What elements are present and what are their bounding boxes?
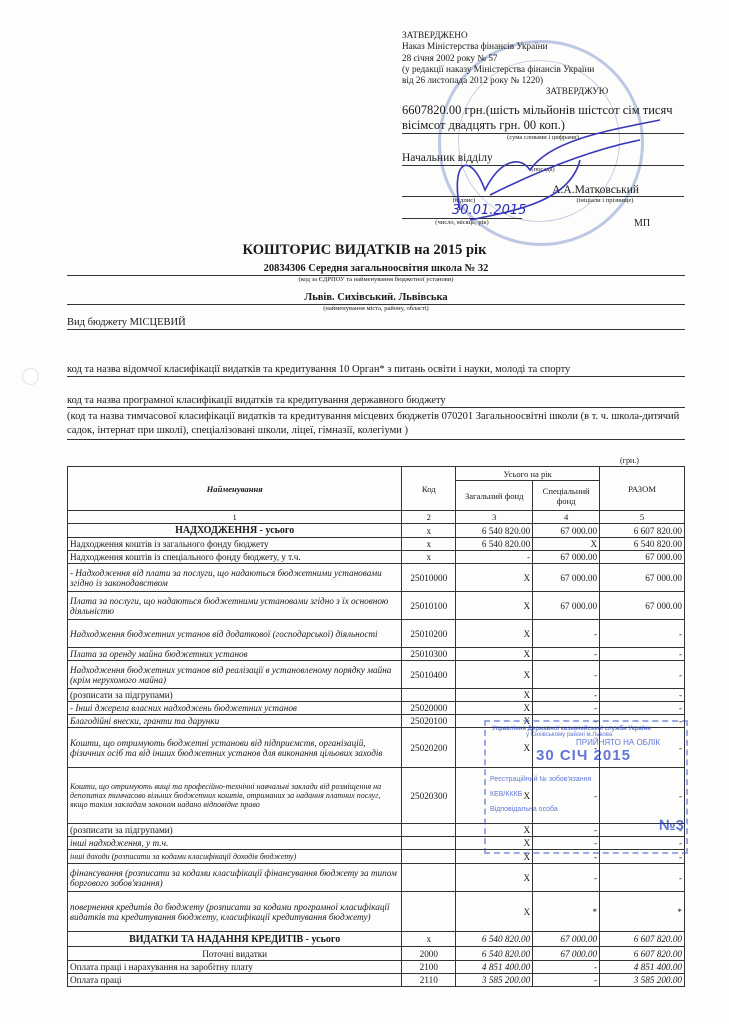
row-special-fund: 67 000.00 bbox=[533, 932, 600, 947]
table-row: Надходження коштів із спеціального фонду… bbox=[68, 551, 685, 564]
row-name: Поточні видатки bbox=[68, 947, 402, 961]
row-name: Надходження коштів із загального фонду б… bbox=[68, 538, 402, 551]
temp-classification: (код та назва тимчасової класифікації ви… bbox=[67, 410, 685, 440]
row-total: 6 607 820.00 bbox=[600, 932, 685, 947]
table-row: Поточні видатки20006 540 820.0067 000.00… bbox=[68, 947, 685, 961]
table-row: повернення кредитів до бюджету (розписат… bbox=[68, 892, 685, 932]
col-number: 1 bbox=[68, 511, 402, 524]
stamp-kevkkke: КЕВ/КККБ bbox=[486, 783, 686, 798]
row-special-fund: - bbox=[533, 864, 600, 892]
row-total: - bbox=[600, 702, 685, 715]
row-code bbox=[402, 850, 456, 864]
row-name: ВИДАТКИ ТА НАДАННЯ КРЕДИТІВ - усього bbox=[68, 932, 402, 947]
signature-icon bbox=[430, 100, 670, 230]
row-general-fund: Х bbox=[456, 648, 533, 661]
institution-caption: (код за ЄДРПОУ та найменування бюджетної… bbox=[67, 276, 685, 284]
row-name: Кошти, що отримують вищі та професійно-т… bbox=[68, 768, 402, 824]
table-row: (розписати за підгрупами)Х-- bbox=[68, 689, 685, 702]
row-special-fund: 67 000.00 bbox=[533, 947, 600, 961]
row-code: 2100 bbox=[402, 961, 456, 974]
budget-type: Вид бюджету МІСЦЕВИЙ bbox=[67, 317, 685, 330]
row-code: 2000 bbox=[402, 947, 456, 961]
row-code: 25010000 bbox=[402, 564, 456, 592]
row-name: інші доходи (розписати за кодами класифі… bbox=[68, 850, 402, 864]
row-total: 6 540 820.00 bbox=[600, 538, 685, 551]
table-row: Плата за послуги, що надаються бюджетним… bbox=[68, 592, 685, 620]
institution: 20834306 Середня загальноосвітня школа №… bbox=[67, 263, 685, 276]
approval-line: від 26 листопада 2012 року № 1220) bbox=[402, 75, 692, 86]
location: Львів. Сихівський. Львівська bbox=[67, 292, 685, 305]
row-general-fund: 6 540 820.00 bbox=[456, 947, 533, 961]
row-general-fund: 6 540 820.00 bbox=[456, 932, 533, 947]
row-special-fund: Х bbox=[533, 538, 600, 551]
row-code: 25020100 bbox=[402, 715, 456, 728]
row-name: (розписати за підгрупами) bbox=[68, 689, 402, 702]
row-general-fund: Х bbox=[456, 661, 533, 689]
row-code bbox=[402, 689, 456, 702]
stamp-line3: ПРИЙНЯТО НА ОБЛІК bbox=[486, 738, 686, 747]
row-name: повернення кредитів до бюджету (розписат… bbox=[68, 892, 402, 932]
row-name: Оплата праці bbox=[68, 974, 402, 987]
stamp-reg-label: Реєстраційний № зобов'язання bbox=[486, 764, 686, 783]
page-title: КОШТОРИС ВИДАТКІВ на 2015 рік bbox=[0, 242, 729, 259]
row-code: 25020200 bbox=[402, 728, 456, 768]
approval-line: (у редакції наказу Міністерства фінансів… bbox=[402, 64, 692, 75]
row-general-fund: 6 540 820.00 bbox=[456, 524, 533, 538]
row-general-fund: Х bbox=[456, 689, 533, 702]
row-code bbox=[402, 824, 456, 837]
table-row: Надходження бюджетних установ від реаліз… bbox=[68, 661, 685, 689]
row-code bbox=[402, 892, 456, 932]
row-total: - bbox=[600, 620, 685, 648]
dept-classification: код та назва відомчої класифікації видат… bbox=[67, 364, 685, 377]
row-total: 67 000.00 bbox=[600, 564, 685, 592]
header-special-fund: Спеціальний фонд bbox=[533, 481, 600, 511]
row-name: (розписати за підгрупами) bbox=[68, 824, 402, 837]
approval-line: Наказ Міністерства фінансів України bbox=[402, 41, 692, 52]
currency-label: (грн.) bbox=[620, 456, 639, 465]
table-row: - Надходження від плати за послуги, що н… bbox=[68, 564, 685, 592]
table-row: Надходження коштів із загального фонду б… bbox=[68, 538, 685, 551]
stamp-number: №3 bbox=[659, 817, 684, 834]
row-code: 25010100 bbox=[402, 592, 456, 620]
program-classification: код та назва програмної класифікації вид… bbox=[67, 395, 685, 408]
approval-line: 28 січня 2002 року № 57 bbox=[402, 53, 692, 64]
row-name: Надходження бюджетних установ від додатк… bbox=[68, 620, 402, 648]
header-total: РАЗОМ bbox=[600, 467, 685, 511]
row-name: Плата за оренду майна бюджетних установ bbox=[68, 648, 402, 661]
stamp-responsible: Відповідальна особа bbox=[486, 798, 686, 813]
row-name: НАДХОДЖЕННЯ - усього bbox=[68, 524, 402, 538]
row-general-fund: Х bbox=[456, 592, 533, 620]
row-total: 6 607 820.00 bbox=[600, 524, 685, 538]
row-total: - bbox=[600, 648, 685, 661]
row-general-fund: Х bbox=[456, 564, 533, 592]
row-code bbox=[402, 837, 456, 850]
row-special-fund: - bbox=[533, 961, 600, 974]
row-general-fund: 4 851 400.00 bbox=[456, 961, 533, 974]
row-special-fund: - bbox=[533, 974, 600, 987]
row-code: х bbox=[402, 932, 456, 947]
location-block: Львів. Сихівський. Львівська (найменуван… bbox=[67, 292, 685, 313]
header-code: Код bbox=[402, 467, 456, 511]
row-name: Надходження коштів із спеціального фонду… bbox=[68, 551, 402, 564]
approval-block: ЗАТВЕРДЖЕНО Наказ Міністерства фінансів … bbox=[402, 30, 692, 98]
row-special-fund: 67 000.00 bbox=[533, 524, 600, 538]
row-general-fund: 6 540 820.00 bbox=[456, 538, 533, 551]
location-caption: (найменування міста, району, області) bbox=[67, 305, 685, 313]
col-number: 2 bbox=[402, 511, 456, 524]
row-name: Оплата праці і нарахування на заробітну … bbox=[68, 961, 402, 974]
stamp-line1: Управління Державної казначейської служб… bbox=[486, 722, 686, 732]
row-general-fund: Х bbox=[456, 864, 533, 892]
row-total: - bbox=[600, 689, 685, 702]
row-special-fund: - bbox=[533, 648, 600, 661]
row-general-fund: - bbox=[456, 551, 533, 564]
col-number: 3 bbox=[456, 511, 533, 524]
row-name: фінансування (розписати за кодами класиф… bbox=[68, 864, 402, 892]
row-name: Благодійні внески, гранти та дарунки bbox=[68, 715, 402, 728]
header-name: Найменування bbox=[68, 467, 402, 511]
table-row: Оплата праці і нарахування на заробітну … bbox=[68, 961, 685, 974]
row-total: - bbox=[600, 864, 685, 892]
row-general-fund: Х bbox=[456, 702, 533, 715]
stamp-date: 30 СІЧ 2015 bbox=[486, 747, 686, 764]
row-name: - Надходження від плати за послуги, що н… bbox=[68, 564, 402, 592]
header-general-fund: Загальний фонд bbox=[456, 481, 533, 511]
header-total-year: Усього на рік bbox=[456, 467, 600, 481]
row-special-fund: - bbox=[533, 702, 600, 715]
treasury-stamp: Управління Державної казначейської служб… bbox=[484, 720, 688, 854]
punch-hole bbox=[22, 368, 39, 385]
row-total: - bbox=[600, 661, 685, 689]
table-row: фінансування (розписати за кодами класиф… bbox=[68, 864, 685, 892]
table-row: - Інші джерела власних надходжень бюджет… bbox=[68, 702, 685, 715]
institution-block: 20834306 Середня загальноосвітня школа №… bbox=[67, 263, 685, 284]
row-special-fund: - bbox=[533, 620, 600, 648]
row-total: 4 851 400.00 bbox=[600, 961, 685, 974]
row-code: х bbox=[402, 538, 456, 551]
row-general-fund: Х bbox=[456, 620, 533, 648]
row-special-fund: 67 000.00 bbox=[533, 551, 600, 564]
table-row: Оплата праці21103 585 200.00-3 585 200.0… bbox=[68, 974, 685, 987]
row-name: Надходження бюджетних установ від реаліз… bbox=[68, 661, 402, 689]
approval-line: ЗАТВЕРДЖЕНО bbox=[402, 30, 692, 41]
row-code: 25010400 bbox=[402, 661, 456, 689]
approve-label: ЗАТВЕРДЖУЮ bbox=[402, 86, 692, 97]
row-code: 25020300 bbox=[402, 768, 456, 824]
row-name: Плата за послуги, що надаються бюджетним… bbox=[68, 592, 402, 620]
table-row: Плата за оренду майна бюджетних установ2… bbox=[68, 648, 685, 661]
table-row: НАДХОДЖЕННЯ - усьогох6 540 820.0067 000.… bbox=[68, 524, 685, 538]
row-code bbox=[402, 864, 456, 892]
row-code: х bbox=[402, 524, 456, 538]
row-general-fund: Х bbox=[456, 892, 533, 932]
row-special-fund: - bbox=[533, 661, 600, 689]
row-special-fund: 67 000.00 bbox=[533, 564, 600, 592]
row-code: 25020000 bbox=[402, 702, 456, 715]
row-code: 25010200 bbox=[402, 620, 456, 648]
row-total: 67 000.00 bbox=[600, 551, 685, 564]
col-number: 5 bbox=[600, 511, 685, 524]
row-total: 67 000.00 bbox=[600, 592, 685, 620]
row-total: 3 585 200.00 bbox=[600, 974, 685, 987]
row-name: Кошти, що отримують бюджетні установи ві… bbox=[68, 728, 402, 768]
table-row: Надходження бюджетних установ від додатк… bbox=[68, 620, 685, 648]
row-total: 6 607 820.00 bbox=[600, 947, 685, 961]
col-number: 4 bbox=[533, 511, 600, 524]
row-name: - Інші джерела власних надходжень бюджет… bbox=[68, 702, 402, 715]
row-special-fund: 67 000.00 bbox=[533, 592, 600, 620]
row-code: 25010300 bbox=[402, 648, 456, 661]
row-total: * bbox=[600, 892, 685, 932]
row-name: інші надходження, у т.ч. bbox=[68, 837, 402, 850]
row-special-fund: * bbox=[533, 892, 600, 932]
row-code: х bbox=[402, 551, 456, 564]
row-general-fund: 3 585 200.00 bbox=[456, 974, 533, 987]
row-special-fund: - bbox=[533, 689, 600, 702]
table-row: ВИДАТКИ ТА НАДАННЯ КРЕДИТІВ - усьогох6 5… bbox=[68, 932, 685, 947]
row-code: 2110 bbox=[402, 974, 456, 987]
